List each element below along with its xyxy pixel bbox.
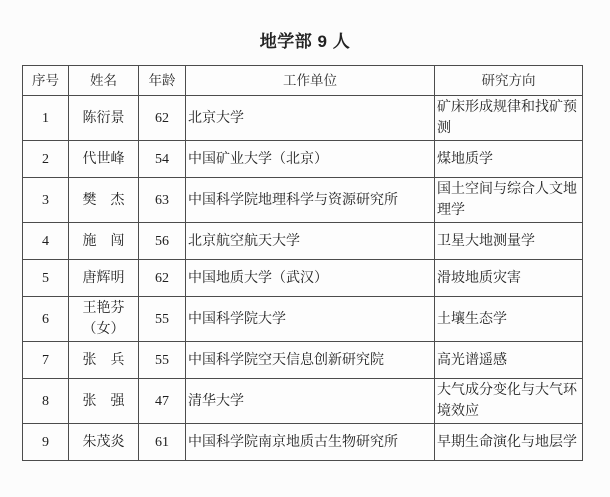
cell-field: 大气成分变化与大气环境效应 (435, 379, 583, 424)
cell-unit: 北京航空航天大学 (186, 223, 435, 260)
members-table: 序号 姓名 年龄 工作单位 研究方向 1 陈衍景 62 北京大学 矿床形成规律和… (22, 65, 583, 461)
table-row: 7 张 兵 55 中国科学院空天信息创新研究院 高光谱遥感 (23, 342, 583, 379)
cell-name: 朱茂炎 (69, 424, 139, 461)
cell-field: 国土空间与综合人文地理学 (435, 178, 583, 223)
cell-name: 代世峰 (69, 141, 139, 178)
cell-field: 早期生命演化与地层学 (435, 424, 583, 461)
cell-age: 62 (139, 96, 186, 141)
cell-age: 56 (139, 223, 186, 260)
cell-name: 唐辉明 (69, 260, 139, 297)
header-row: 序号 姓名 年龄 工作单位 研究方向 (23, 66, 583, 96)
cell-unit: 中国科学院地理科学与资源研究所 (186, 178, 435, 223)
cell-field: 矿床形成规律和找矿预测 (435, 96, 583, 141)
cell-unit: 清华大学 (186, 379, 435, 424)
cell-unit: 中国地质大学（武汉） (186, 260, 435, 297)
cell-no: 2 (23, 141, 69, 178)
table-row: 8 张 强 47 清华大学 大气成分变化与大气环境效应 (23, 379, 583, 424)
table-row: 2 代世峰 54 中国矿业大学（北京） 煤地质学 (23, 141, 583, 178)
page-title: 地学部 9 人 (0, 0, 610, 65)
header-field: 研究方向 (435, 66, 583, 96)
cell-age: 55 (139, 297, 186, 342)
cell-name: 施 闯 (69, 223, 139, 260)
table-row: 3 樊 杰 63 中国科学院地理科学与资源研究所 国土空间与综合人文地理学 (23, 178, 583, 223)
table-row: 4 施 闯 56 北京航空航天大学 卫星大地测量学 (23, 223, 583, 260)
header-no: 序号 (23, 66, 69, 96)
cell-no: 1 (23, 96, 69, 141)
table-row: 9 朱茂炎 61 中国科学院南京地质古生物研究所 早期生命演化与地层学 (23, 424, 583, 461)
cell-field: 卫星大地测量学 (435, 223, 583, 260)
cell-age: 63 (139, 178, 186, 223)
cell-unit: 北京大学 (186, 96, 435, 141)
cell-age: 55 (139, 342, 186, 379)
cell-no: 5 (23, 260, 69, 297)
cell-field: 滑坡地质灾害 (435, 260, 583, 297)
cell-name: 陈衍景 (69, 96, 139, 141)
cell-field: 高光谱遥感 (435, 342, 583, 379)
table-row: 6 王艳芬（女） 55 中国科学院大学 土壤生态学 (23, 297, 583, 342)
cell-age: 62 (139, 260, 186, 297)
cell-name: 张 强 (69, 379, 139, 424)
cell-no: 7 (23, 342, 69, 379)
header-age: 年龄 (139, 66, 186, 96)
cell-unit: 中国科学院南京地质古生物研究所 (186, 424, 435, 461)
cell-age: 54 (139, 141, 186, 178)
cell-no: 8 (23, 379, 69, 424)
cell-age: 61 (139, 424, 186, 461)
cell-no: 4 (23, 223, 69, 260)
cell-field: 土壤生态学 (435, 297, 583, 342)
cell-no: 3 (23, 178, 69, 223)
cell-name: 樊 杰 (69, 178, 139, 223)
cell-name: 王艳芬（女） (69, 297, 139, 342)
cell-no: 6 (23, 297, 69, 342)
cell-no: 9 (23, 424, 69, 461)
cell-age: 47 (139, 379, 186, 424)
cell-unit: 中国矿业大学（北京） (186, 141, 435, 178)
table-row: 1 陈衍景 62 北京大学 矿床形成规律和找矿预测 (23, 96, 583, 141)
header-name: 姓名 (69, 66, 139, 96)
cell-name: 张 兵 (69, 342, 139, 379)
cell-unit: 中国科学院空天信息创新研究院 (186, 342, 435, 379)
cell-field: 煤地质学 (435, 141, 583, 178)
cell-unit: 中国科学院大学 (186, 297, 435, 342)
table-row: 5 唐辉明 62 中国地质大学（武汉） 滑坡地质灾害 (23, 260, 583, 297)
document-page: 地学部 9 人 序号 姓名 年龄 工作单位 研究方向 1 陈衍景 62 北京大学 (0, 0, 610, 497)
header-unit: 工作单位 (186, 66, 435, 96)
